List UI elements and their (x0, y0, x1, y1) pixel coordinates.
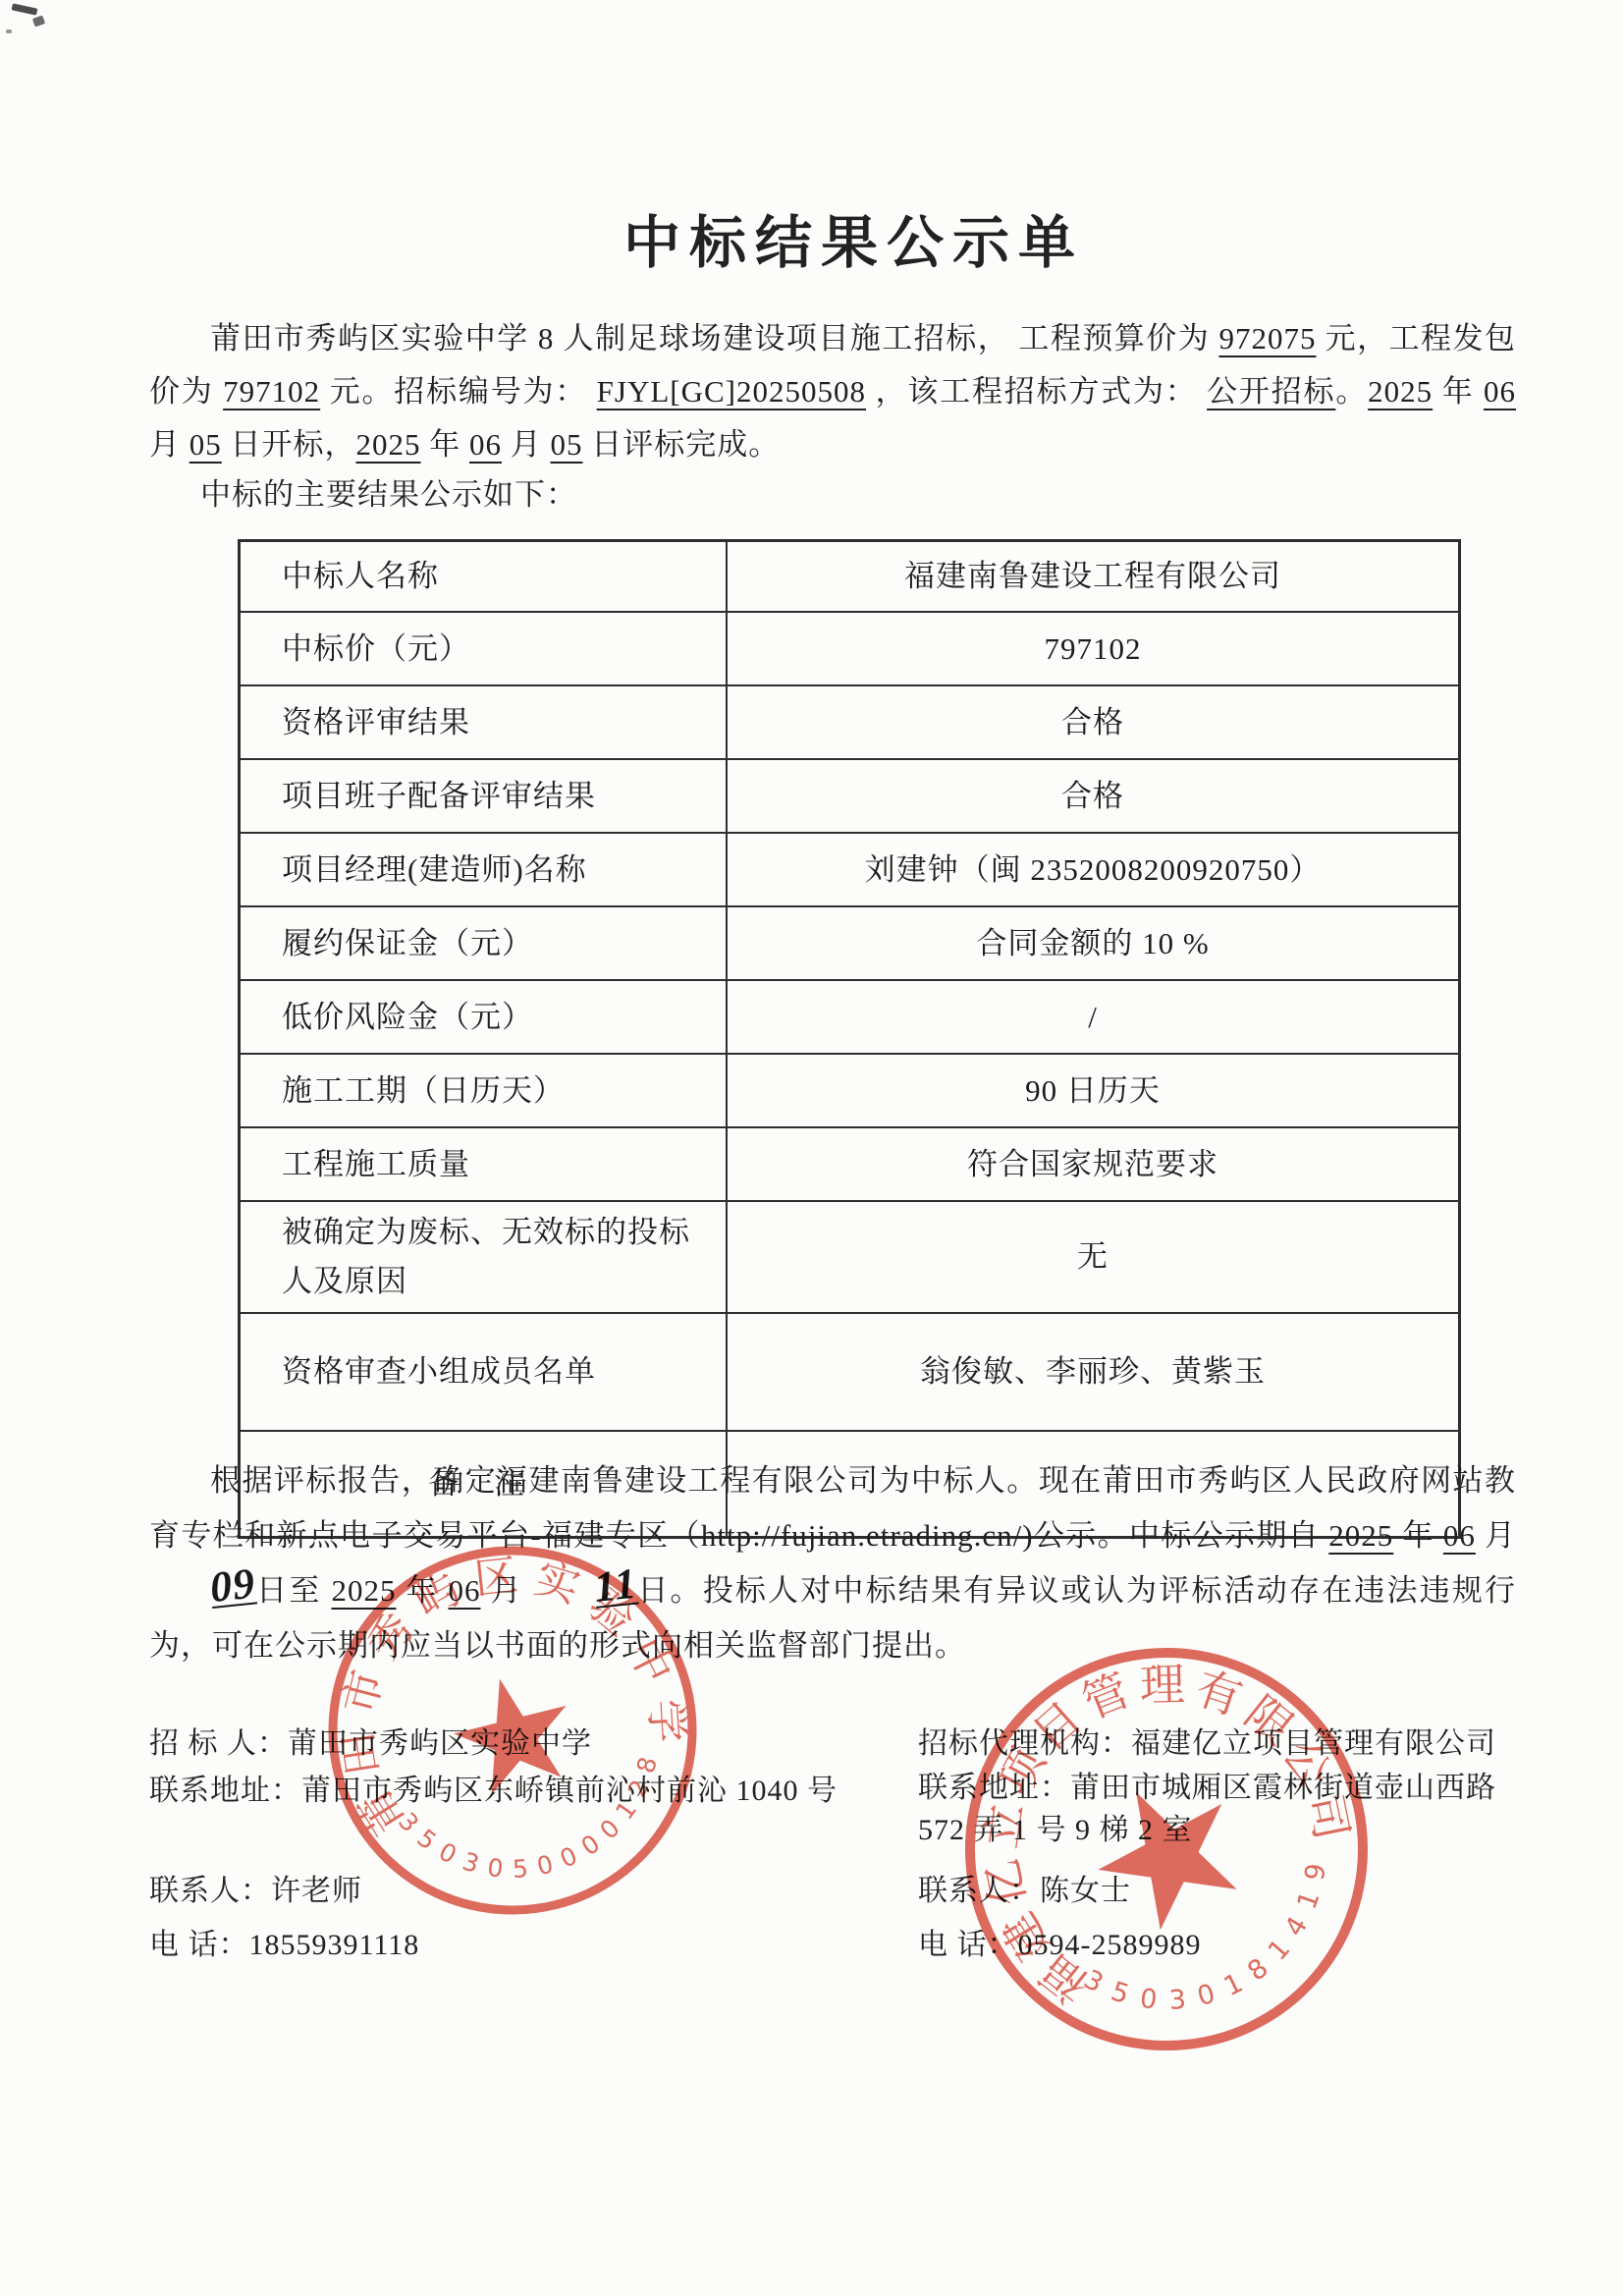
table-row: 资格评审结果合格 (240, 685, 1460, 759)
row-value-cell: / (727, 980, 1460, 1054)
table-row: 低价风险金（元）/ (240, 980, 1460, 1054)
text-segment: 元。招标编号为： (320, 374, 597, 409)
contract-price: 797102 (223, 374, 320, 409)
table-row: 资格审查小组成员名单翁俊敏、李丽珍、黄紫玉 (240, 1313, 1460, 1431)
row-value-cell: 合格 (727, 685, 1460, 759)
underlined-text: 06 (1484, 374, 1516, 409)
results-subheading: 中标的主要结果公示如下： (200, 469, 577, 514)
underlined-text: 2025 (356, 427, 421, 462)
row-value-cell: 合格 (727, 759, 1460, 833)
text-segment: 。 (1335, 374, 1368, 409)
row-label-cell: 施工工期（日历天） (240, 1054, 728, 1127)
text-segment: 莆田市秀屿区实验中学 8 人制足球场建设项目施工招标， 工程预算价为 (210, 321, 1218, 355)
text-segment: 月 (502, 427, 551, 462)
scan-artifact (6, 29, 12, 33)
row-label-cell: 中标价（元） (240, 612, 728, 685)
underlined-text: 2025 (1328, 1518, 1393, 1553)
row-value-cell: 无 (727, 1201, 1460, 1313)
seal-star-icon (444, 1665, 583, 1799)
row-label-cell: 中标人名称 (240, 541, 728, 613)
table-row: 工程施工质量符合国家规范要求 (240, 1127, 1460, 1201)
table-row: 项目经理(建造师)名称刘建钟（闽 2352008200920750） (240, 833, 1460, 906)
text-segment: 日评标完成。 (583, 427, 781, 462)
row-label-cell: 资格评审结果 (240, 685, 728, 759)
text-segment: 年 (421, 427, 470, 462)
intro-paragraph: 莆田市秀屿区实验中学 8 人制足球场建设项目施工招标， 工程预算价为 97207… (149, 312, 1516, 471)
table-row: 履约保证金（元）合同金额的 10 % (240, 906, 1460, 980)
row-label-cell: 资格审查小组成员名单 (240, 1313, 728, 1431)
row-value-cell: 福建南鲁建设工程有限公司 (727, 541, 1460, 613)
underlined-text: 05 (189, 427, 222, 462)
bid-result-table: 中标人名称福建南鲁建设工程有限公司中标价（元）797102资格评审结果合格项目班… (238, 539, 1461, 1539)
underlined-text: 06 (1443, 1518, 1476, 1553)
underlined-text: 2025 (1368, 374, 1433, 409)
budget-price: 972075 (1218, 321, 1316, 355)
table-row: 被确定为废标、无效标的投标人及原因无 (240, 1201, 1460, 1313)
row-value-cell: 797102 (727, 612, 1460, 685)
text-segment: 年 (1393, 1518, 1443, 1553)
row-label-cell: 低价风险金（元） (240, 980, 728, 1054)
table-row: 施工工期（日历天）90 日历天 (240, 1054, 1460, 1127)
row-label-cell: 项目经理(建造师)名称 (240, 833, 728, 906)
underlined-text: 06 (469, 427, 502, 462)
row-label-cell: 被确定为废标、无效标的投标人及原因 (240, 1201, 728, 1313)
agency-official-seal: 福建亿立项目管理有限公司 35030181419 (955, 1638, 1378, 2060)
text-segment: 月 (149, 427, 189, 462)
text-segment: 月 (1476, 1518, 1516, 1553)
text-segment: 日开标， (222, 427, 356, 462)
table-row: 项目班子配备评审结果合格 (240, 759, 1460, 833)
underlined-text: 05 (551, 427, 583, 462)
row-label-cell: 项目班子配备评审结果 (240, 759, 728, 833)
publicity-start-day-handwritten: 09 (150, 1583, 255, 1594)
school-official-seal: 莆田市秀屿区实验中学 3503050000128 (316, 1534, 709, 1927)
row-value-cell: 符合国家规范要求 (727, 1127, 1460, 1201)
scan-artifact (32, 15, 45, 27)
scan-artifact (12, 3, 38, 15)
row-value-cell: 90 日历天 (727, 1054, 1460, 1127)
text-segment: ，该工程招标方式为： (866, 374, 1207, 409)
row-value-cell: 翁俊敏、李丽珍、黄紫玉 (727, 1313, 1460, 1431)
table-row: 中标价（元）797102 (240, 612, 1460, 685)
tender-number: FJYL[GC]20250508 (597, 374, 866, 409)
scanned-document-page: 中标结果公示单 莆田市秀屿区实验中学 8 人制足球场建设项目施工招标， 工程预算… (0, 0, 1623, 2296)
tender-method: 公开招标 (1207, 374, 1335, 409)
page-title: 中标结果公示单 (0, 196, 1623, 279)
row-value-cell: 合同金额的 10 % (727, 906, 1460, 980)
table-row: 中标人名称福建南鲁建设工程有限公司 (240, 541, 1460, 613)
text-segment: 年 (1433, 374, 1484, 409)
seal-star-icon (1074, 1759, 1261, 1942)
row-label-cell: 履约保证金（元） (240, 906, 728, 980)
row-label-cell: 工程施工质量 (240, 1127, 728, 1201)
row-value-cell: 刘建钟（闽 2352008200920750） (727, 833, 1460, 906)
